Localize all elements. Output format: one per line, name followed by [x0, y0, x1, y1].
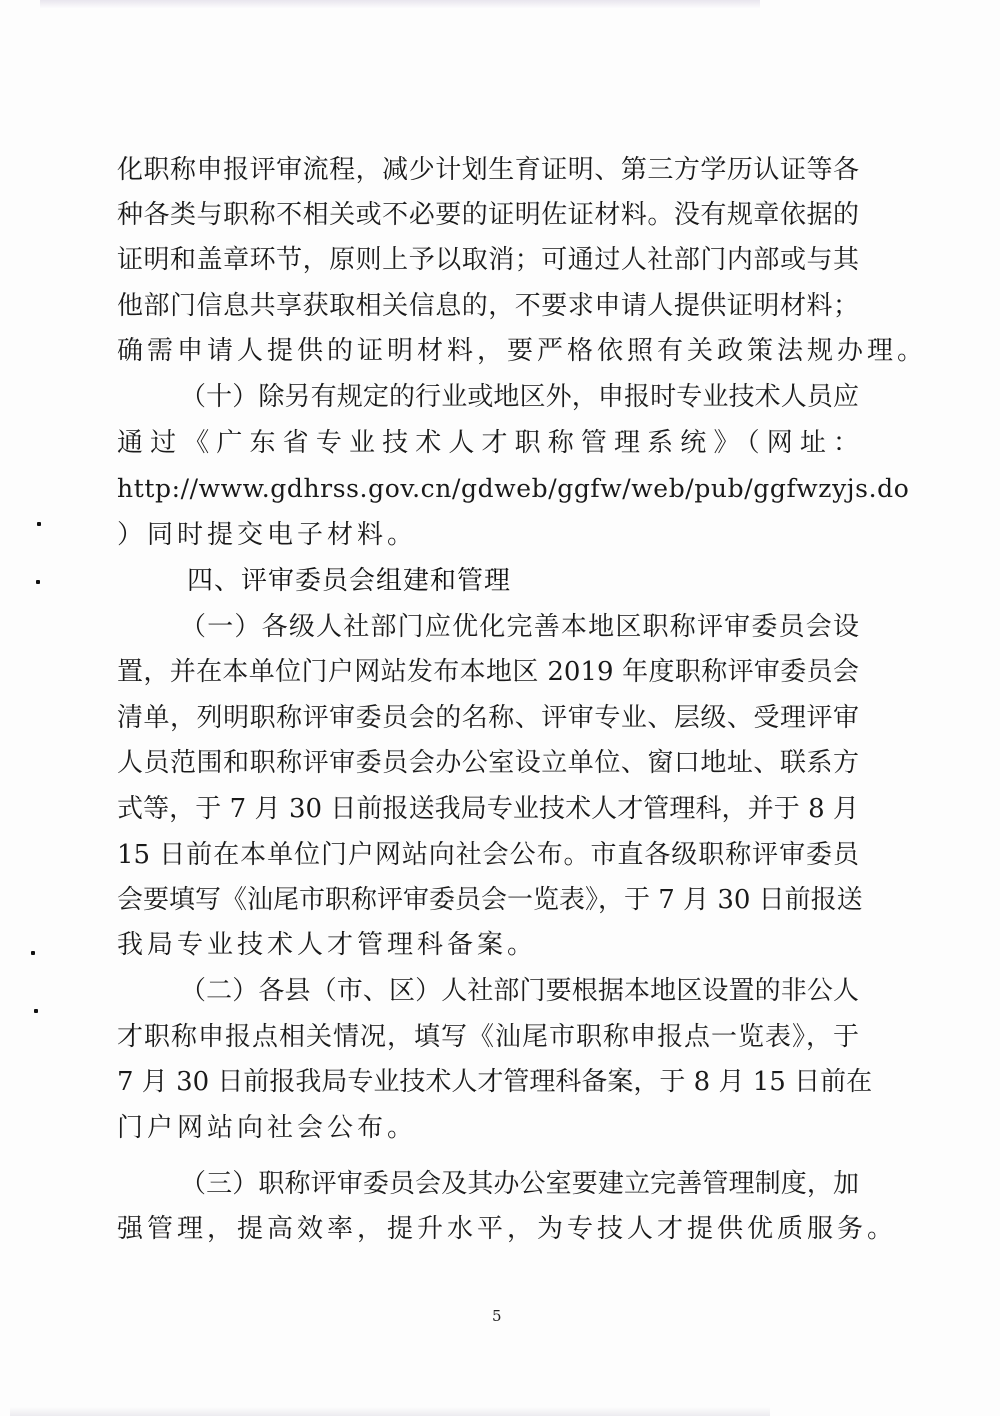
- paragraph-line: 通过《广东省专业技术人才职称管理系统》（网址：: [117, 425, 859, 461]
- section-heading: 四、评审委员会组建和管理: [187, 563, 511, 599]
- paragraph-line: （二）各县（市、区）人社部门要根据本地区设置的非公人: [180, 973, 859, 1009]
- paragraph-line: 确需申请人提供的证明材料，要严格依照有关政策法规办理。: [117, 333, 859, 369]
- scan-edge-bottom: [10, 1407, 770, 1416]
- paragraph-line: 种各类与职称不相关或不必要的证明佐证材料。没有规章依据的: [117, 197, 859, 233]
- paragraph-line: 15 日前在本单位门户网站向社会公布。市直各级职称评审委员: [117, 837, 859, 873]
- paragraph-line: 清单，列明职称评审委员会的名称、评审专业、层级、受理评审: [117, 700, 859, 736]
- paragraph-line: 置，并在本单位门户网站发布本地区 2019 年度职称评审委员会: [117, 654, 859, 690]
- paragraph-line: 式等，于 7 月 30 日前报送我局专业技术人才管理科，并于 8 月: [117, 791, 859, 827]
- paragraph-line: 证明和盖章环节，原则上予以取消；可通过人社部门内部或与其: [117, 242, 859, 278]
- paragraph-line: 他部门信息共享获取相关信息的，不要求申请人提供证明材料；: [117, 288, 859, 324]
- paragraph-line: 人员范围和职称评审委员会办公室设立单位、窗口地址、联系方: [117, 745, 859, 781]
- paragraph-line: 7 月 30 日前报我局专业技术人才管理科备案，于 8 月 15 日前在: [117, 1064, 859, 1100]
- scan-edge-top: [40, 0, 760, 8]
- paragraph-line: 化职称申报评审流程，减少计划生育证明、第三方学历认证等各: [117, 152, 859, 188]
- paragraph-line: 才职称申报点相关情况，填写《汕尾市职称申报点一览表》，于: [117, 1019, 859, 1055]
- document-page: 化职称申报评审流程，减少计划生育证明、第三方学历认证等各 种各类与职称不相关或不…: [0, 0, 1000, 1416]
- page-number: 5: [492, 1307, 502, 1325]
- paragraph-line: （一）各级人社部门应优化完善本地区职称评审委员会设: [180, 609, 859, 645]
- paragraph-line: （十）除另有规定的行业或地区外，申报时专业技术人员应: [180, 379, 859, 415]
- paragraph-line: 门户网站向社会公布。: [117, 1110, 859, 1146]
- binding-hole-mark: [34, 1009, 38, 1013]
- system-url-text: http://www.gdhrss.gov.cn/gdweb/ggfw/web/…: [117, 471, 859, 507]
- paragraph-line: 强管理，提高效率，提升水平，为专技人才提供优质服务。: [117, 1211, 859, 1247]
- binding-hole-mark: [31, 951, 35, 955]
- paragraph-line: ）同时提交电子材料。: [117, 517, 859, 553]
- paragraph-line: 我局专业技术人才管理科备案。: [117, 927, 859, 963]
- paragraph-line: 会要填写《汕尾市职称评审委员会一览表》，于 7 月 30 日前报送: [117, 882, 859, 918]
- paragraph-line: （三）职称评审委员会及其办公室要建立完善管理制度，加: [180, 1166, 859, 1202]
- binding-hole-mark: [37, 522, 41, 526]
- binding-hole-mark: [36, 580, 40, 584]
